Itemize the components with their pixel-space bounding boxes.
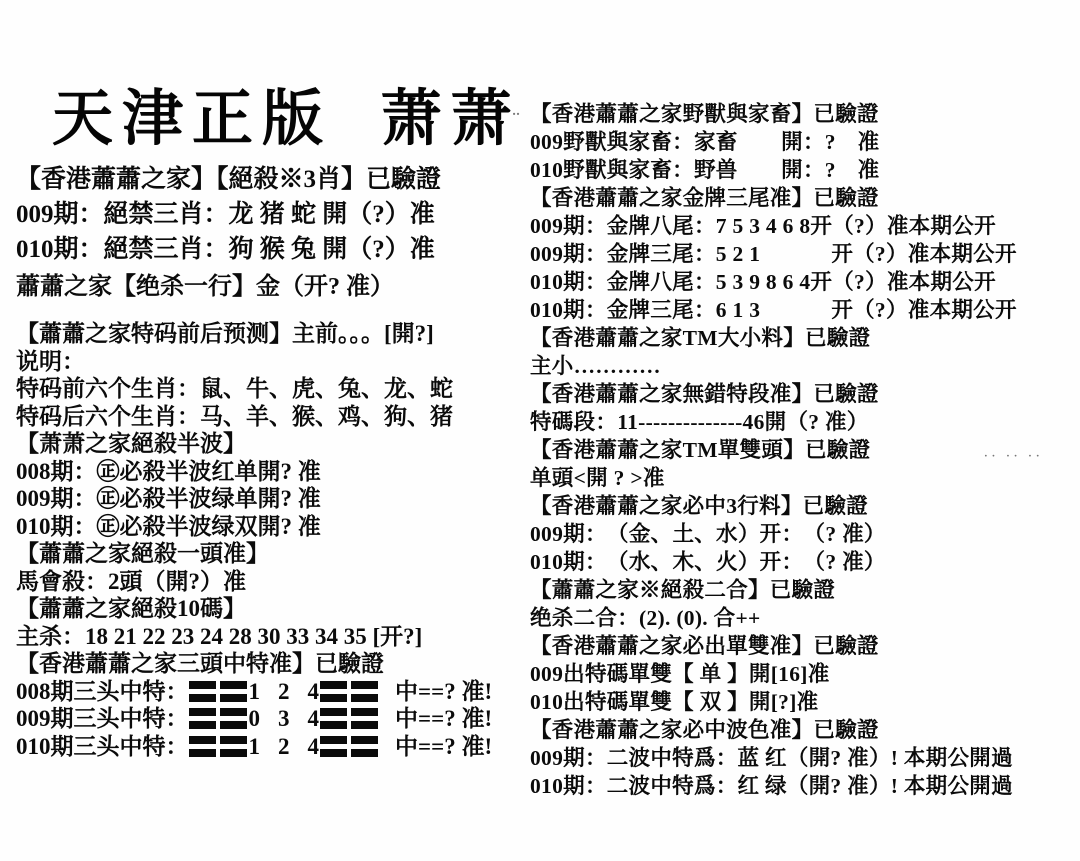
left-column-kill-row-section: 蕭蕭之家【绝杀一行】金（开? 准） <box>16 272 521 302</box>
text-line: 010期：二波中特爲：红 绿（開? 准）! 本期公開過 <box>530 772 1078 800</box>
text-line: 010野獸與家畜：野兽 開：? 准 <box>530 156 1078 184</box>
page-title: 天津正版 萧萧 <box>52 70 521 157</box>
redaction-bar-icon <box>220 681 247 702</box>
left-column-main-section: 【蕭蕭之家特码前后预测】主前。。。[開?] 说明： 特码前六个生肖：鼠、牛、虎、… <box>16 320 528 760</box>
text-line: 【香港蕭蕭之家】【絕殺※3肖】已驗證 <box>16 162 521 197</box>
row-number: 2 <box>278 734 290 759</box>
text-line: 【香港蕭蕭之家金牌三尾准】已驗證 <box>530 184 1078 212</box>
row-result: 中==? 准! <box>395 706 492 731</box>
text-line: 010期：絕禁三肖：狗 猴 兔 開（?）准 <box>16 232 521 267</box>
redaction-bar-icon <box>320 736 347 757</box>
text-line: 010出特碼單雙【 双 】開[?]准 <box>530 688 1078 716</box>
text-line: 馬會殺：2頭（開?）准 <box>16 568 528 596</box>
text-line: 绝杀二合：(2). (0). 合++ <box>530 604 1078 632</box>
row-number: 4 <box>308 706 320 731</box>
scan-noise-dots: ‥ <box>512 104 522 119</box>
text-line: 008期：㊣必殺半波红单開? 准 <box>16 458 528 486</box>
left-column-top-section: 【香港蕭蕭之家】【絕殺※3肖】已驗證 009期：絕禁三肖：龙 猪 蛇 開（?）准… <box>16 162 521 267</box>
redaction-bar-icon <box>320 708 347 729</box>
row-number: 1 <box>249 679 261 704</box>
row-number: 2 <box>278 679 290 704</box>
row-number: 3 <box>278 706 290 731</box>
row-number: 0 <box>249 706 261 731</box>
row-label: 009期三头中特： <box>16 706 189 731</box>
redaction-bar-icon <box>351 736 378 757</box>
text-line: 009野獸與家畜：家畜 開：? 准 <box>530 128 1078 156</box>
text-line: 【萧萧之家絕殺半波】 <box>16 430 528 458</box>
text-line: 主杀：18 21 22 23 24 28 30 33 34 35 [开?] <box>16 623 528 651</box>
text-line: 009期： （金、土、水）开： （? 准） <box>530 520 1078 548</box>
text-line: 单頭<開 ? >准 <box>530 464 1078 492</box>
row-number: 4 <box>308 679 320 704</box>
text-line: 特码后六个生肖：马、羊、猴、鸡、狗、猪 <box>16 403 528 431</box>
text-line: 主小………… <box>530 352 1078 380</box>
three-head-row: 009期三头中特：034中==? 准! <box>16 705 528 733</box>
redaction-bar-icon <box>220 708 247 729</box>
redaction-bar-icon <box>351 681 378 702</box>
text-line: 【香港蕭蕭之家無錯特段准】已驗證 <box>530 380 1078 408</box>
text-line: 说明： <box>16 348 528 376</box>
redaction-bar-icon <box>189 708 216 729</box>
text-line: 蕭蕭之家【绝杀一行】金（开? 准） <box>16 272 521 302</box>
text-line: 010期： （水、木、火）开： （? 准） <box>530 548 1078 576</box>
redaction-bar-icon <box>220 736 247 757</box>
text-line: 009期：二波中特爲：蓝 红（開? 准）! 本期公開過 <box>530 744 1078 772</box>
text-line: 010期：金牌八尾：5 3 9 8 6 4开（?）准本期公开 <box>530 268 1078 296</box>
redaction-bar-icon <box>351 708 378 729</box>
text-line: 009出特碼單雙【 单 】開[16]准 <box>530 660 1078 688</box>
redaction-bar-icon <box>189 736 216 757</box>
three-head-row: 010期三头中特：124中==? 准! <box>16 733 528 761</box>
row-label: 010期三头中特： <box>16 734 189 759</box>
text-line: 【香港蕭蕭之家必中3行料】已驗證 <box>530 492 1078 520</box>
scanned-lottery-sheet: 天津正版 萧萧 【香港蕭蕭之家】【絕殺※3肖】已驗證 009期：絕禁三肖：龙 猪… <box>0 0 1080 861</box>
text-line: 特码前六个生肖：鼠、牛、虎、兔、龙、蛇 <box>16 375 528 403</box>
text-line: 【蕭蕭之家絕殺10碼】 <box>16 595 528 623</box>
text-line: 【蕭蕭之家※絕殺二合】已驗證 <box>530 576 1078 604</box>
text-line: 【香港蕭蕭之家野獸與家畜】已驗證 <box>530 100 1078 128</box>
row-result: 中==? 准! <box>395 734 492 759</box>
text-line: 【蕭蕭之家絕殺一頭准】 <box>16 540 528 568</box>
redaction-bar-icon <box>320 681 347 702</box>
scan-noise-dots: ·· ·· ·· <box>984 450 1044 462</box>
redaction-bar-icon <box>189 681 216 702</box>
row-result: 中==? 准! <box>395 679 492 704</box>
row-number: 1 <box>249 734 261 759</box>
row-label: 008期三头中特： <box>16 679 189 704</box>
text-line: 【香港蕭蕭之家必出單雙准】已驗證 <box>530 632 1078 660</box>
text-line: 特碼段：11--------------46開（? 准） <box>530 408 1078 436</box>
text-line: 010期：㊣必殺半波绿双開? 准 <box>16 513 528 541</box>
text-line: 【香港蕭蕭之家TM大小料】已驗證 <box>530 324 1078 352</box>
text-line: 009期：㊣必殺半波绿单開? 准 <box>16 485 528 513</box>
text-line: 009期：金牌三尾：5 2 1 开（?）准本期公开 <box>530 240 1078 268</box>
text-line: 009期：絕禁三肖：龙 猪 蛇 開（?）准 <box>16 197 521 232</box>
three-head-row: 008期三头中特：124中==? 准! <box>16 678 528 706</box>
text-line: 【香港蕭蕭之家必中波色准】已驗證 <box>530 716 1078 744</box>
text-line: 【香港蕭蕭之家三頭中特准】已驗證 <box>16 650 528 678</box>
text-line: 009期：金牌八尾：7 5 3 4 6 8开（?）准本期公开 <box>530 212 1078 240</box>
text-line: 【蕭蕭之家特码前后预测】主前。。。[開?] <box>16 320 528 348</box>
row-number: 4 <box>308 734 320 759</box>
text-line: 010期：金牌三尾：6 1 3 开（?）准本期公开 <box>530 296 1078 324</box>
